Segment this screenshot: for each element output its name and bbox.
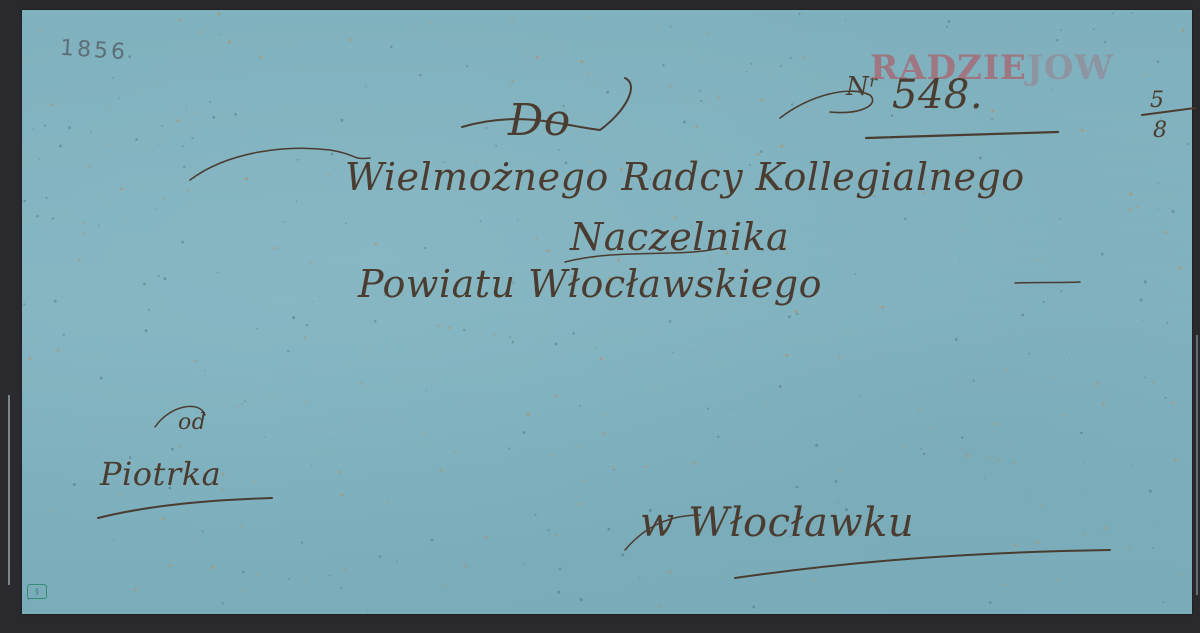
address-line-office: Naczelnika bbox=[570, 215, 789, 259]
address-line-district: Powiatu Włocławskiego bbox=[358, 262, 822, 306]
fraction-denominator: 8 bbox=[1153, 118, 1168, 143]
pencil-year-note: 1856 bbox=[59, 36, 129, 66]
corner-stamp-mark: § bbox=[27, 584, 47, 599]
registration-number: Nʳ 548. bbox=[846, 72, 983, 118]
registration-prefix: Nʳ bbox=[846, 72, 879, 102]
address-line-title: Wielmożnego Radcy Kollegialnego bbox=[345, 155, 1025, 199]
paper-texture bbox=[0, 0, 1200, 633]
fraction-numerator: 5 bbox=[1150, 88, 1165, 113]
postmark-text-faded: JOW bbox=[1027, 48, 1114, 88]
registration-value: 548. bbox=[892, 72, 983, 118]
sender-label: od bbox=[178, 410, 206, 435]
sender-name: Piotrka bbox=[100, 455, 221, 493]
salutation-do: Do bbox=[508, 95, 571, 146]
destination-town: w Włocławku bbox=[640, 500, 914, 546]
